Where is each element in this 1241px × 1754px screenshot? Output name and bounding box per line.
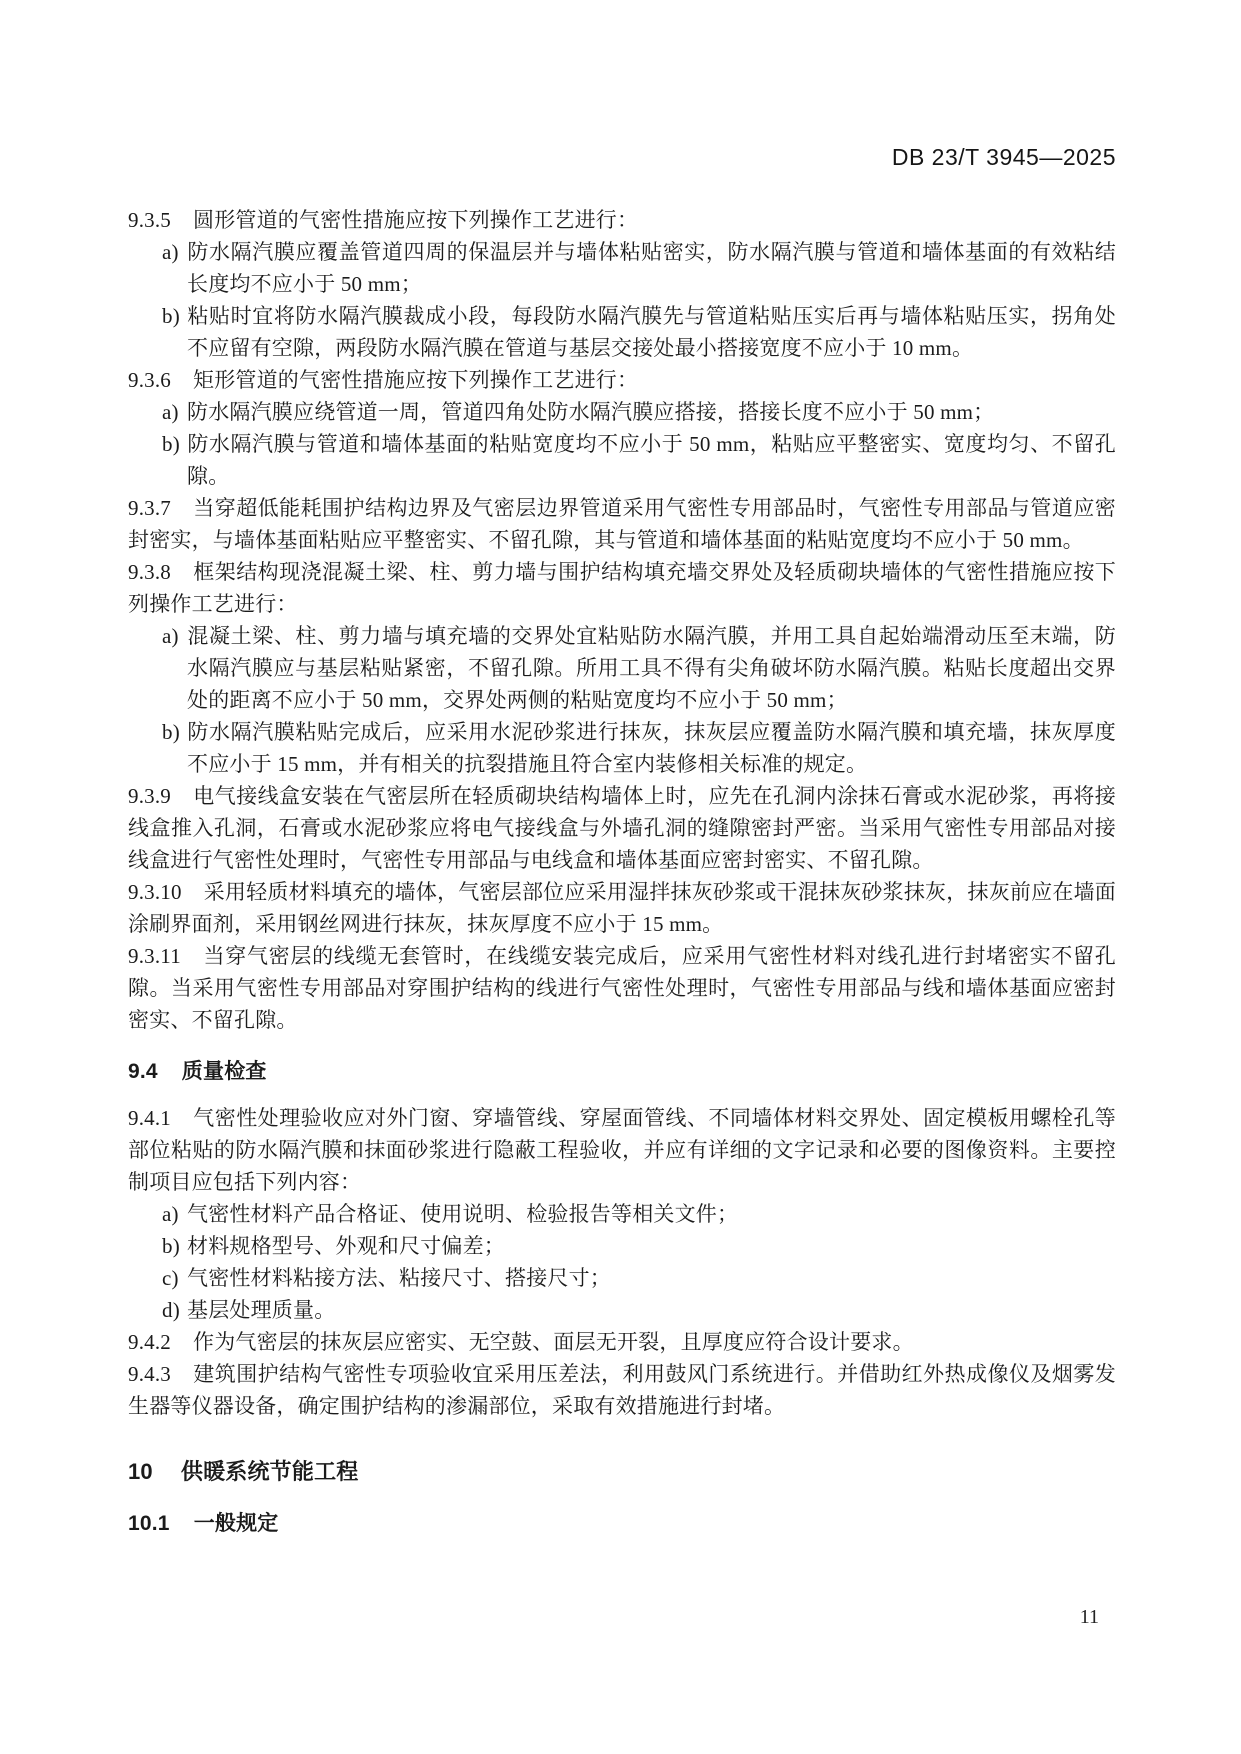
clause-text: 防水隔汽膜粘贴完成后，应采用水泥砂浆进行抹灰，抹灰层应覆盖防水隔汽膜和填充墙，抹…	[187, 720, 1116, 776]
list-item: b)粘贴时宜将防水隔汽膜裁成小段，每段防水隔汽膜先与管道粘贴压实后再与墙体粘贴压…	[128, 300, 1116, 364]
clause-number: 9.3.9	[128, 780, 171, 812]
clause-number: 9.3.6	[128, 364, 171, 396]
clause-number: b)	[162, 300, 187, 332]
clause-number: a)	[162, 236, 187, 268]
section-heading: 9.4质量检查	[128, 1056, 1116, 1088]
clause-text: 材料规格型号、外观和尺寸偏差；	[187, 1234, 505, 1258]
clause-text: 建筑围护结构气密性专项验收宜采用压差法，利用鼓风门系统进行。并借助红外热成像仪及…	[128, 1362, 1116, 1418]
clause-paragraph: 9.3.8框架结构现浇混凝土梁、柱、剪力墙与围护结构填充墙交界处及轻质砌块墙体的…	[128, 556, 1116, 620]
clause-paragraph: 9.3.5圆形管道的气密性措施应按下列操作工艺进行：	[128, 204, 1116, 236]
document-body: 9.3.5圆形管道的气密性措施应按下列操作工艺进行：a)防水隔汽膜应覆盖管道四周…	[128, 204, 1116, 1554]
clause-paragraph: 9.3.6矩形管道的气密性措施应按下列操作工艺进行：	[128, 364, 1116, 396]
clause-number: 9.3.10	[128, 876, 182, 908]
section-heading: 10.1一般规定	[128, 1508, 1116, 1540]
list-item: c)气密性材料粘接方法、粘接尺寸、搭接尺寸；	[128, 1262, 1116, 1294]
clause-paragraph: 9.4.2作为气密层的抹灰层应密实、无空鼓、面层无开裂，且厚度应符合设计要求。	[128, 1326, 1116, 1358]
list-item: b)防水隔汽膜与管道和墙体基面的粘贴宽度均不应小于 50 mm，粘贴应平整密实、…	[128, 428, 1116, 492]
clause-paragraph: 9.3.11当穿气密层的线缆无套管时，在线缆安装完成后，应采用气密性材料对线孔进…	[128, 940, 1116, 1036]
clause-paragraph: 9.3.10采用轻质材料填充的墙体，气密层部位应采用湿拌抹灰砂浆或干混抹灰砂浆抹…	[128, 876, 1116, 940]
page-header: DB 23/T 3945—2025	[128, 144, 1116, 171]
clause-number: 9.4	[128, 1056, 158, 1088]
clause-text: 采用轻质材料填充的墙体，气密层部位应采用湿拌抹灰砂浆或干混抹灰砂浆抹灰，抹灰前应…	[128, 880, 1116, 936]
list-item: a)防水隔汽膜应绕管道一周，管道四角处防水隔汽膜应搭接，搭接长度不应小于 50 …	[128, 396, 1116, 428]
clause-text: 框架结构现浇混凝土梁、柱、剪力墙与围护结构填充墙交界处及轻质砌块墙体的气密性措施…	[128, 560, 1116, 616]
clause-paragraph: 9.3.7当穿超低能耗围护结构边界及气密层边界管道采用气密性专用部品时，气密性专…	[128, 492, 1116, 556]
clause-text: 质量检查	[182, 1060, 267, 1083]
clause-paragraph: 9.4.1气密性处理验收应对外门窗、穿墙管线、穿屋面管线、不同墙体材料交界处、固…	[128, 1102, 1116, 1198]
clause-text: 当穿气密层的线缆无套管时，在线缆安装完成后，应采用气密性材料对线孔进行封堵密实不…	[128, 944, 1116, 1032]
standard-code: DB 23/T 3945—2025	[892, 144, 1116, 170]
clause-number: 9.3.11	[128, 940, 181, 972]
clause-number: 9.3.7	[128, 492, 171, 524]
clause-number: a)	[162, 1198, 187, 1230]
clause-paragraph: 9.4.3建筑围护结构气密性专项验收宜采用压差法，利用鼓风门系统进行。并借助红外…	[128, 1358, 1116, 1422]
clause-text: 一般规定	[194, 1512, 279, 1535]
clause-number: 10	[128, 1456, 153, 1488]
clause-text: 粘贴时宜将防水隔汽膜裁成小段，每段防水隔汽膜先与管道粘贴压实后再与墙体粘贴压实，…	[187, 304, 1116, 360]
clause-text: 防水隔汽膜与管道和墙体基面的粘贴宽度均不应小于 50 mm，粘贴应平整密实、宽度…	[187, 432, 1116, 488]
clause-text: 矩形管道的气密性措施应按下列操作工艺进行：	[193, 368, 638, 392]
clause-text: 防水隔汽膜应绕管道一周，管道四角处防水隔汽膜应搭接，搭接长度不应小于 50 mm…	[187, 400, 994, 424]
clause-number: d)	[162, 1294, 187, 1326]
clause-number: c)	[162, 1262, 187, 1294]
clause-number: b)	[162, 1230, 187, 1262]
document-page: DB 23/T 3945—2025 9.3.5圆形管道的气密性措施应按下列操作工…	[0, 0, 1241, 1754]
clause-text: 气密性材料粘接方法、粘接尺寸、搭接尺寸；	[187, 1266, 611, 1290]
clause-number: 10.1	[128, 1508, 170, 1540]
list-item: d)基层处理质量。	[128, 1294, 1116, 1326]
clause-text: 基层处理质量。	[187, 1298, 335, 1322]
list-item: a)防水隔汽膜应覆盖管道四周的保温层并与墙体粘贴密实，防水隔汽膜与管道和墙体基面…	[128, 236, 1116, 300]
clause-text: 气密性处理验收应对外门窗、穿墙管线、穿屋面管线、不同墙体材料交界处、固定模板用螺…	[128, 1106, 1116, 1194]
page-number: 11	[1080, 1606, 1099, 1628]
clause-text: 电气接线盒安装在气密层所在轻质砌块结构墙体上时，应先在孔洞内涂抹石膏或水泥砂浆，…	[128, 784, 1116, 872]
list-item: b)材料规格型号、外观和尺寸偏差；	[128, 1230, 1116, 1262]
clause-number: a)	[162, 620, 187, 652]
clause-number: 9.4.2	[128, 1326, 171, 1358]
clause-number: 9.3.5	[128, 204, 171, 236]
page-footer: 11	[1080, 1606, 1099, 1629]
clause-text: 供暖系统节能工程	[181, 1459, 359, 1484]
clause-text: 防水隔汽膜应覆盖管道四周的保温层并与墙体粘贴密实，防水隔汽膜与管道和墙体基面的有…	[187, 240, 1116, 296]
list-item: b)防水隔汽膜粘贴完成后，应采用水泥砂浆进行抹灰，抹灰层应覆盖防水隔汽膜和填充墙…	[128, 716, 1116, 780]
list-item: a)气密性材料产品合格证、使用说明、检验报告等相关文件；	[128, 1198, 1116, 1230]
clause-number: a)	[162, 396, 187, 428]
clause-text: 气密性材料产品合格证、使用说明、检验报告等相关文件；	[187, 1202, 738, 1226]
clause-text: 混凝土梁、柱、剪力墙与填充墙的交界处宜粘贴防水隔汽膜，并用工具自起始端滑动压至末…	[187, 624, 1116, 712]
clause-text: 圆形管道的气密性措施应按下列操作工艺进行：	[193, 208, 638, 232]
clause-number: 9.3.8	[128, 556, 171, 588]
clause-text: 作为气密层的抹灰层应密实、无空鼓、面层无开裂，且厚度应符合设计要求。	[193, 1330, 914, 1354]
list-item: a)混凝土梁、柱、剪力墙与填充墙的交界处宜粘贴防水隔汽膜，并用工具自起始端滑动压…	[128, 620, 1116, 716]
clause-number: 9.4.1	[128, 1102, 171, 1134]
clause-number: b)	[162, 428, 187, 460]
chapter-heading: 10供暖系统节能工程	[128, 1456, 1116, 1488]
clause-number: 9.4.3	[128, 1358, 171, 1390]
clause-number: b)	[162, 716, 187, 748]
clause-text: 当穿超低能耗围护结构边界及气密层边界管道采用气密性专用部品时，气密性专用部品与管…	[128, 496, 1116, 552]
clause-paragraph: 9.3.9电气接线盒安装在气密层所在轻质砌块结构墙体上时，应先在孔洞内涂抹石膏或…	[128, 780, 1116, 876]
